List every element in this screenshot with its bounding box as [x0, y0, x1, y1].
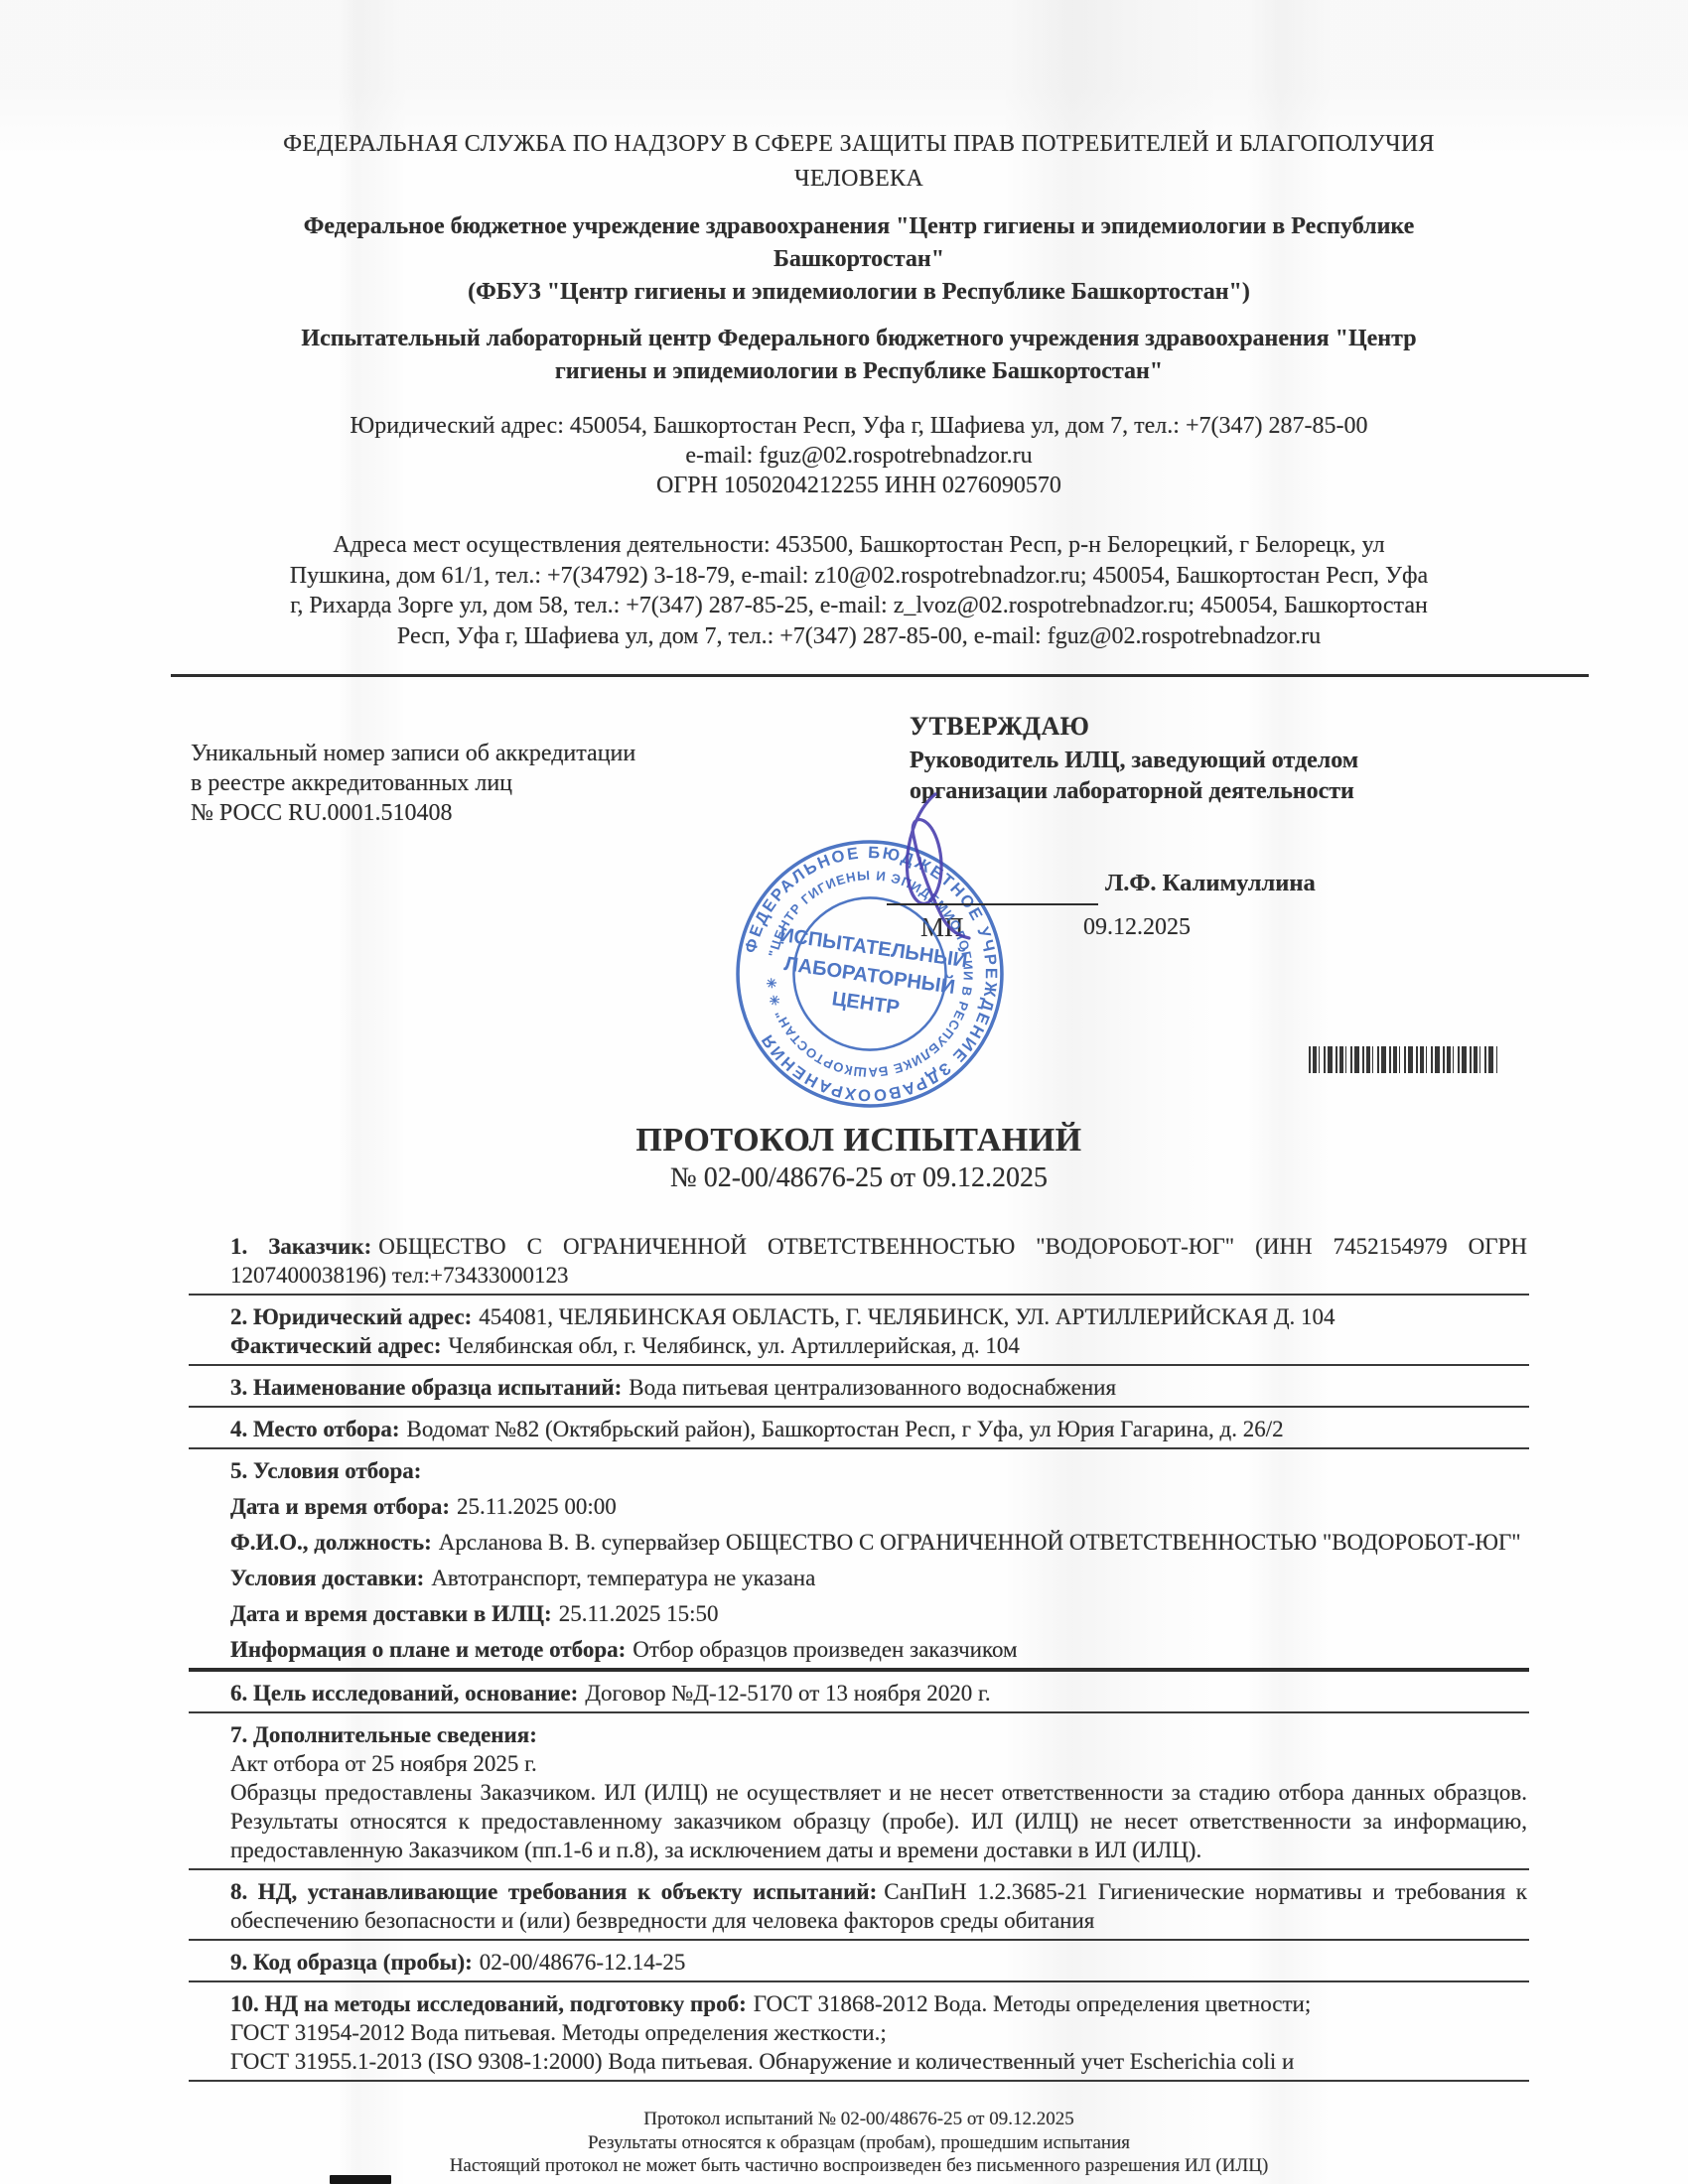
- item-4-sampling-place: 4. Место отбора:Водомат №82 (Октябрьский…: [189, 1415, 1529, 1449]
- footer-results-note: Результаты относятся к образцам (пробам)…: [189, 2131, 1529, 2155]
- footer-copy-restriction: Настоящий протокол не может быть частичн…: [189, 2154, 1529, 2178]
- item-text: ОБЩЕСТВО С ОГРАНИЧЕННОЙ ОТВЕТСТВЕННОСТЬЮ…: [230, 1234, 1527, 1288]
- item-2-actual-address: Фактический адрес:Челябинская обл, г. Че…: [189, 1331, 1529, 1366]
- activity-address-line1: Адреса мест осуществления деятельности: …: [189, 530, 1529, 561]
- item-text: 454081, ЧЕЛЯБИНСКАЯ ОБЛАСТЬ, Г. ЧЕЛЯБИНС…: [479, 1304, 1335, 1329]
- item-5-sampling-datetime: Дата и время отбора:25.11.2025 00:00: [189, 1492, 1529, 1521]
- item-text: 25.11.2025 15:50: [559, 1601, 719, 1626]
- item-label: 3. Наименование образца испытаний:: [230, 1375, 622, 1400]
- item-text: Образцы предоставлены Заказчиком. ИЛ (ИЛ…: [230, 1780, 1527, 1862]
- approver-role-line1: Руководитель ИЛЦ, заведующий отделом: [910, 746, 1358, 776]
- item-label: Ф.И.О., должность:: [230, 1530, 432, 1555]
- approval-date: 09.12.2025: [1083, 914, 1191, 941]
- federal-service-line1: ФЕДЕРАЛЬНАЯ СЛУЖБА ПО НАДЗОРУ В СФЕРЕ ЗА…: [189, 127, 1529, 162]
- approver-name: Л.Ф. Калимуллина: [1105, 870, 1316, 897]
- item-10-gost-3: ГОСТ 31955.1-2013 (ISO 9308-1:2000) Вода…: [189, 2047, 1529, 2082]
- scan-artifact-bar: [330, 2175, 391, 2184]
- item-7-additional-info: 7. Дополнительные сведения:: [189, 1720, 1529, 1749]
- item-label: Информация о плане и методе отбора:: [230, 1637, 626, 1662]
- item-text: 25.11.2025 00:00: [457, 1494, 617, 1519]
- item-5-sampler-name: Ф.И.О., должность:Арсланова В. В. суперв…: [189, 1528, 1529, 1557]
- item-3-sample-name: 3. Наименование образца испытаний:Вода п…: [189, 1373, 1529, 1408]
- item-text: Акт отбора от 25 ноября 2025 г.: [230, 1751, 537, 1776]
- item-7-sampling-act: Акт отбора от 25 ноября 2025 г.: [189, 1749, 1529, 1778]
- email: e-mail: fguz@02.rospotrebnadzor.ru: [189, 441, 1529, 471]
- document-number: № 02-00/48676-25 от 09.12.2025: [189, 1162, 1529, 1194]
- item-text: ГОСТ 31955.1-2013 (ISO 9308-1:2000) Вода…: [230, 2049, 1294, 2074]
- item-label: 8. НД, устанавливающие требования к объе…: [230, 1879, 877, 1904]
- footer-protocol-number: Протокол испытаний № 02-00/48676-25 от 0…: [189, 2108, 1529, 2131]
- activity-address-line3: г, Рихарда Зорге ул, дом 58, тел.: +7(34…: [189, 591, 1529, 621]
- item-10-nd-methods: 10. НД на методы исследований, подготовк…: [189, 1989, 1529, 2018]
- item-text: ГОСТ 31954-2012 Вода питьевая. Методы оп…: [230, 2020, 887, 2045]
- item-text: Договор №Д-12-5170 от 13 ноября 2020 г.: [585, 1681, 990, 1706]
- item-text: Челябинская обл, г. Челябинск, ул. Артил…: [449, 1333, 1020, 1358]
- item-8-nd-requirements: 8. НД, устанавливающие требования к объе…: [189, 1877, 1529, 1941]
- organization-name-line2: Башкортостан": [189, 243, 1529, 276]
- item-label: 6. Цель исследований, основание:: [230, 1681, 578, 1706]
- accreditation-line2: в реестре аккредитованных лиц: [191, 768, 635, 798]
- item-text: 02-00/48676-12.14-25: [480, 1950, 686, 1975]
- activity-address-line2: Пушкина, дом 61/1, тел.: +7(34792) 3-18-…: [189, 561, 1529, 592]
- accreditation-block: Уникальный номер записи об аккредитации …: [191, 739, 635, 828]
- item-9-sample-code: 9. Код образца (пробы):02-00/48676-12.14…: [189, 1948, 1529, 1982]
- signature-line: [887, 903, 1098, 905]
- federal-service-header: ФЕДЕРАЛЬНАЯ СЛУЖБА ПО НАДЗОРУ В СФЕРЕ ЗА…: [189, 127, 1529, 197]
- testing-lab-center-line1: Испытательный лабораторный центр Федерал…: [189, 323, 1529, 355]
- approval-zone: Уникальный номер записи об аккредитации …: [189, 677, 1529, 1112]
- organization-short-name: (ФБУЗ "Центр гигиены и эпидемиологии в Р…: [189, 279, 1529, 306]
- item-10-gost-2: ГОСТ 31954-2012 Вода питьевая. Методы оп…: [189, 2018, 1529, 2047]
- barcode: [1309, 1046, 1497, 1073]
- legal-address-block: Юридический адрес: 450054, Башкортостан …: [189, 411, 1529, 500]
- item-label: 10. НД на методы исследований, подготовк…: [230, 1991, 747, 2016]
- item-text: Автотранспорт, температура не указана: [431, 1566, 815, 1590]
- item-label: 9. Код образца (пробы):: [230, 1950, 473, 1975]
- item-label: Дата и время доставки в ИЛЦ:: [230, 1601, 552, 1626]
- activity-address-line4: Респ, Уфа г, Шафиева ул, дом 7, тел.: +7…: [189, 621, 1529, 652]
- item-label: 1. Заказчик:: [230, 1234, 371, 1259]
- item-5-delivery-conditions: Условия доставки:Автотранспорт, температ…: [189, 1564, 1529, 1592]
- item-label: 4. Место отбора:: [230, 1417, 400, 1441]
- approval-title: УТВЕРЖДАЮ: [910, 711, 1358, 742]
- accreditation-line1: Уникальный номер записи об аккредитации: [191, 739, 635, 768]
- legal-address: Юридический адрес: 450054, Башкортостан …: [189, 411, 1529, 441]
- accreditation-number: № РОСС RU.0001.510408: [191, 798, 635, 828]
- item-text: Арсланова В. В. супервайзер ОБЩЕСТВО С О…: [439, 1530, 1521, 1555]
- organization-name: Федеральное бюджетное учреждение здравоо…: [189, 210, 1529, 276]
- item-2-legal-address: 2. Юридический адрес:454081, ЧЕЛЯБИНСКАЯ…: [189, 1302, 1529, 1331]
- stamp-center-line3: ЦЕНТР: [830, 988, 901, 1019]
- item-label: Условия доставки:: [230, 1566, 424, 1590]
- item-label: Дата и время отбора:: [230, 1494, 450, 1519]
- item-text: Вода питьевая централизованного водоснаб…: [629, 1375, 1116, 1400]
- federal-service-line2: ЧЕЛОВЕКА: [189, 162, 1529, 197]
- item-7-disclaimer: Образцы предоставлены Заказчиком. ИЛ (ИЛ…: [189, 1778, 1529, 1870]
- protocol-items-list: 1. Заказчик:ОБЩЕСТВО С ОГРАНИЧЕННОЙ ОТВЕ…: [189, 1232, 1529, 2082]
- document-title: ПРОТОКОЛ ИСПЫТАНИЙ: [189, 1122, 1529, 1160]
- item-label: 5. Условия отбора:: [230, 1458, 421, 1483]
- handwritten-signature: [872, 788, 993, 941]
- organization-name-line1: Федеральное бюджетное учреждение здравоо…: [189, 210, 1529, 243]
- item-5-delivery-datetime: Дата и время доставки в ИЛЦ:25.11.2025 1…: [189, 1599, 1529, 1628]
- item-label: 7. Дополнительные сведения:: [230, 1722, 537, 1747]
- activity-addresses-block: Адреса мест осуществления деятельности: …: [189, 530, 1529, 651]
- item-label: Фактический адрес:: [230, 1333, 442, 1358]
- testing-lab-center-name: Испытательный лабораторный центр Федерал…: [189, 323, 1529, 388]
- item-6-purpose: 6. Цель исследований, основание:Договор …: [189, 1679, 1529, 1713]
- item-text: Водомат №82 (Октябрьский район), Башкорт…: [407, 1417, 1284, 1441]
- scanned-protocol-page: ФЕДЕРАЛЬНАЯ СЛУЖБА ПО НАДЗОРУ В СФЕРЕ ЗА…: [0, 0, 1688, 2184]
- item-text: Отбор образцов произведен заказчиком: [633, 1637, 1017, 1662]
- testing-lab-center-line2: гигиены и эпидемиологии в Республике Баш…: [189, 355, 1529, 388]
- ogrn-inn: ОГРН 1050204212255 ИНН 0276090570: [189, 471, 1529, 500]
- item-text: ГОСТ 31868-2012 Вода. Методы определения…: [754, 1991, 1312, 2016]
- item-label: 2. Юридический адрес:: [230, 1304, 472, 1329]
- item-5-sampling-conditions: 5. Условия отбора:: [189, 1456, 1529, 1485]
- item-5-sampling-plan-info: Информация о плане и методе отбора:Отбор…: [189, 1635, 1529, 1672]
- page-footer: Протокол испытаний № 02-00/48676-25 от 0…: [189, 2108, 1529, 2178]
- item-1-customer: 1. Заказчик:ОБЩЕСТВО С ОГРАНИЧЕННОЙ ОТВЕ…: [189, 1232, 1529, 1296]
